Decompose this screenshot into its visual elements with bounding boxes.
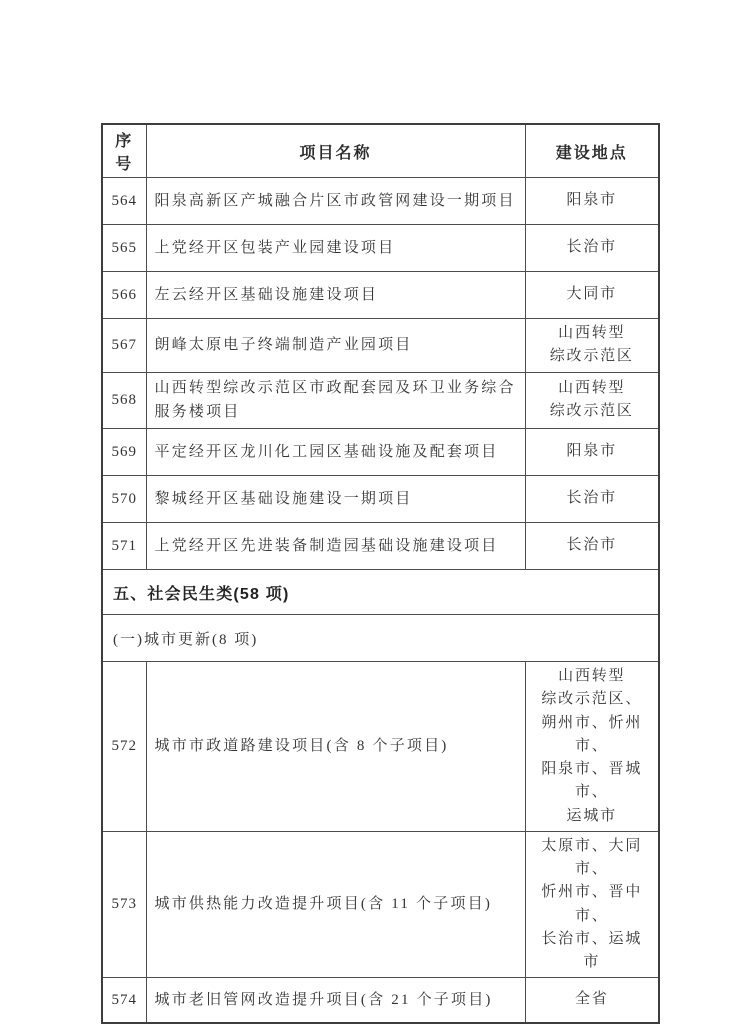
row-location: 山西转型 综改示范区 <box>525 319 659 373</box>
column-header-project-name: 项目名称 <box>146 124 525 178</box>
row-serial-number: 566 <box>102 272 146 319</box>
subsection-header-row: (一)城市更新(8 项) <box>102 615 659 662</box>
row-serial-number: 567 <box>102 319 146 373</box>
row-serial-number: 564 <box>102 178 146 225</box>
row-project-name: 左云经开区基础设施建设项目 <box>146 272 525 319</box>
row-project-name: 黎城经开区基础设施建设一期项目 <box>146 476 525 523</box>
column-header-serial-number: 序号 <box>102 124 146 178</box>
table-row: 573 城市供热能力改造提升项目(含 11 个子项目) 太原市、大同市、 忻州市… <box>102 831 659 978</box>
row-project-name: 上党经开区先进装备制造园基础设施建设项目 <box>146 523 525 570</box>
row-location: 长治市 <box>525 476 659 523</box>
row-location: 长治市 <box>525 225 659 272</box>
table-row: 567 朗峰太原电子终端制造产业园项目 山西转型 综改示范区 <box>102 319 659 373</box>
row-serial-number: 570 <box>102 476 146 523</box>
table-row: 568 山西转型综改示范区市政配套园及环卫业务综合服务楼项目 山西转型 综改示范… <box>102 372 659 429</box>
row-project-name: 朗峰太原电子终端制造产业园项目 <box>146 319 525 373</box>
table-header-row: 序号 项目名称 建设地点 <box>102 124 659 178</box>
row-project-name: 山西转型综改示范区市政配套园及环卫业务综合服务楼项目 <box>146 372 525 429</box>
row-serial-number: 571 <box>102 523 146 570</box>
table-row: 572 城市市政道路建设项目(含 8 个子项目) 山西转型 综改示范区、 朔州市… <box>102 662 659 832</box>
row-project-name: 阳泉高新区产城融合片区市政管网建设一期项目 <box>146 178 525 225</box>
row-serial-number: 572 <box>102 662 146 832</box>
column-header-construction-location: 建设地点 <box>525 124 659 178</box>
row-location: 太原市、大同市、 忻州市、晋中市、 长治市、运城市 <box>525 831 659 978</box>
document-page: 序号 项目名称 建设地点 564 阳泉高新区产城融合片区市政管网建设一期项目 阳… <box>0 0 756 971</box>
row-serial-number: 565 <box>102 225 146 272</box>
row-location: 长治市 <box>525 523 659 570</box>
table-row: 566 左云经开区基础设施建设项目 大同市 <box>102 272 659 319</box>
row-serial-number: 574 <box>102 978 146 1023</box>
row-serial-number: 569 <box>102 429 146 476</box>
table-row: 565 上党经开区包装产业园建设项目 长治市 <box>102 225 659 272</box>
row-location: 山西转型 综改示范区 <box>525 372 659 429</box>
row-project-name: 平定经开区龙川化工园区基础设施及配套项目 <box>146 429 525 476</box>
section-header-social-livelihood: 五、社会民生类(58 项) <box>102 570 659 615</box>
table-row: 564 阳泉高新区产城融合片区市政管网建设一期项目 阳泉市 <box>102 178 659 225</box>
table-row: 569 平定经开区龙川化工园区基础设施及配套项目 阳泉市 <box>102 429 659 476</box>
row-location: 全省 <box>525 978 659 1023</box>
row-project-name: 城市供热能力改造提升项目(含 11 个子项目) <box>146 831 525 978</box>
section-header-row: 五、社会民生类(58 项) <box>102 570 659 615</box>
project-table: 序号 项目名称 建设地点 564 阳泉高新区产城融合片区市政管网建设一期项目 阳… <box>101 123 660 1024</box>
row-project-name: 上党经开区包装产业园建设项目 <box>146 225 525 272</box>
row-location: 阳泉市 <box>525 429 659 476</box>
subsection-header-urban-renewal: (一)城市更新(8 项) <box>102 615 659 662</box>
row-location: 阳泉市 <box>525 178 659 225</box>
table-row: 570 黎城经开区基础设施建设一期项目 长治市 <box>102 476 659 523</box>
row-location: 山西转型 综改示范区、 朔州市、忻州市、 阳泉市、晋城市、 运城市 <box>525 662 659 832</box>
row-serial-number: 568 <box>102 372 146 429</box>
table-row: 574 城市老旧管网改造提升项目(含 21 个子项目) 全省 <box>102 978 659 1023</box>
row-location: 大同市 <box>525 272 659 319</box>
row-project-name: 城市老旧管网改造提升项目(含 21 个子项目) <box>146 978 525 1023</box>
table-row: 571 上党经开区先进装备制造园基础设施建设项目 长治市 <box>102 523 659 570</box>
row-serial-number: 573 <box>102 831 146 978</box>
row-project-name: 城市市政道路建设项目(含 8 个子项目) <box>146 662 525 832</box>
